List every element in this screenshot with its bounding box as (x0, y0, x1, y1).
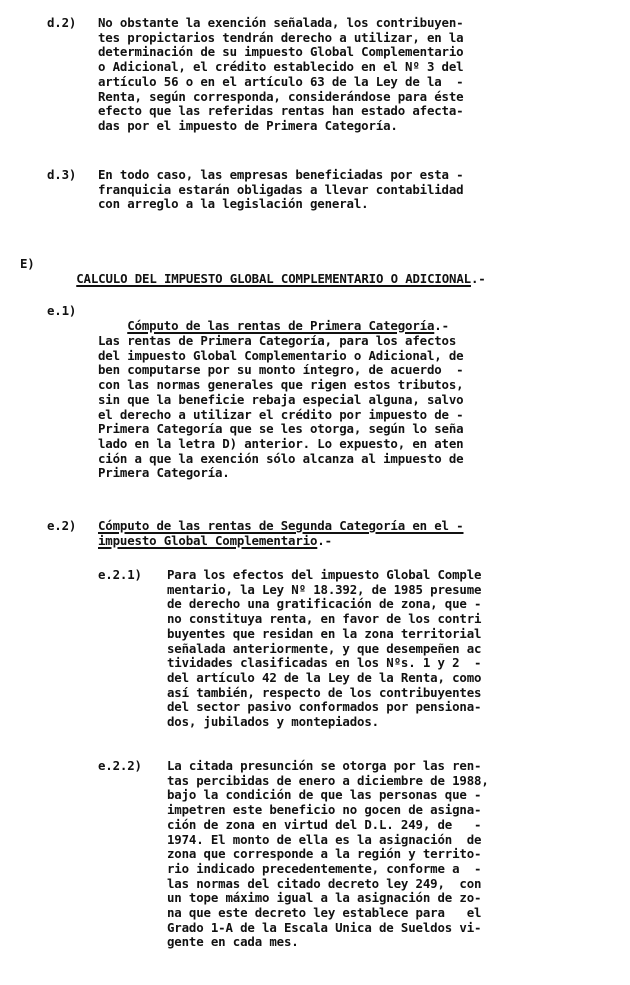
section-e22-body: La citada presunción se otorga por las r… (167, 759, 489, 950)
section-e2-title-line: Cómputo de las rentas de Segunda Categor… (98, 518, 464, 533)
section-e1-label: e.1) (47, 304, 76, 319)
section-E-title-suffix: .- (471, 271, 486, 286)
section-d2-label: d.2) (47, 16, 76, 31)
section-d2-body: No obstante la exención señalada, los co… (98, 16, 464, 134)
section-e21-body: Para los efectos del impuesto Global Com… (167, 568, 481, 730)
text-line: las normas del citado decreto ley 249, c… (167, 877, 489, 892)
text-line: gente en cada mes. (167, 935, 489, 950)
text-line: bajo la condición de que las personas qu… (167, 788, 489, 803)
section-e1-title: Cómputo de las rentas de Primera Categor… (127, 318, 434, 333)
text-line: impetren este beneficio no gocen de asig… (167, 803, 489, 818)
section-E-title-row: CALCULO DEL IMPUESTO GLOBAL COMPLEMENTAR… (47, 257, 486, 301)
text-line: buyentes que residan en la zona territor… (167, 627, 481, 642)
text-line: La citada presunción se otorga por las r… (167, 759, 489, 774)
text-line: ben computarse por su monto íntegro, de … (98, 363, 464, 378)
text-line: franquicia estarán obligadas a llevar co… (98, 183, 464, 198)
text-line: 1974. El monto de ella es la asignación … (167, 833, 489, 848)
text-line: del sector pasivo conformados por pensio… (167, 700, 481, 715)
section-e2-label: e.2) (47, 519, 76, 534)
section-e22-label: e.2.2) (98, 759, 142, 774)
text-line: na que este decreto ley establece para e… (167, 906, 489, 921)
section-e1-body: Las rentas de Primera Categoría, para lo… (98, 334, 464, 481)
text-line: Primera Categoría que se les otorga, seg… (98, 422, 464, 437)
text-line: das por el impuesto de Primera Categoría… (98, 119, 464, 134)
text-line: No obstante la exención señalada, los co… (98, 16, 464, 31)
text-line: Renta, según corresponda, considerándose… (98, 90, 464, 105)
text-line: dos, jubilados y montepiados. (167, 715, 481, 730)
text-line: rio indicado precedentemente, conforme a… (167, 862, 489, 877)
text-line: ción a que la exención sólo alcanza al i… (98, 452, 464, 467)
section-e2-title-suffix: .- (317, 533, 332, 548)
text-line: el derecho a utilizar el crédito por imp… (98, 408, 464, 423)
text-line: con las normas generales que rigen estos… (98, 378, 464, 393)
text-line: un tope máximo igual a la asignación de … (167, 891, 489, 906)
text-line: o Adicional, el crédito establecido en e… (98, 60, 464, 75)
text-line: tividades clasificadas en los Nºs. 1 y 2… (167, 656, 481, 671)
text-line: así también, respecto de los contribuyen… (167, 686, 481, 701)
section-e21-label: e.2.1) (98, 568, 142, 583)
text-line: del impuesto Global Complementario o Adi… (98, 349, 464, 364)
text-line: del artículo 42 de la Ley de la Renta, c… (167, 671, 481, 686)
text-line: ción de zona en virtud del D.L. 249, de … (167, 818, 489, 833)
section-d3-body: En todo caso, las empresas beneficiadas … (98, 168, 464, 212)
text-line: señalada anteriormente, y que desempeñen… (167, 642, 481, 657)
text-line: Para los efectos del impuesto Global Com… (167, 568, 481, 583)
text-line: Grado 1-A de la Escala Unica de Sueldos … (167, 921, 489, 936)
text-line: artículo 56 o en el artículo 63 de la Le… (98, 75, 464, 90)
text-line: Primera Categoría. (98, 466, 464, 481)
text-line: En todo caso, las empresas beneficiadas … (98, 168, 464, 183)
text-line: sin que la beneficie rebaja especial alg… (98, 393, 464, 408)
section-E-title: CALCULO DEL IMPUESTO GLOBAL COMPLEMENTAR… (76, 271, 471, 286)
text-line: efecto que las referidas rentas han esta… (98, 104, 464, 119)
text-line: mentario, la Ley Nº 18.392, de 1985 pres… (167, 583, 481, 598)
text-line: con arreglo a la legislación general. (98, 197, 464, 212)
text-line: Las rentas de Primera Categoría, para lo… (98, 334, 464, 349)
section-e2-title: Cómputo de las rentas de Segunda Categor… (98, 519, 464, 548)
section-e2-title-line: impuesto Global Complementario (98, 533, 317, 548)
text-line: tas percibidas de enero a diciembre de 1… (167, 774, 489, 789)
section-e1-title-suffix: .- (434, 318, 449, 333)
section-E-label: E) (20, 257, 35, 272)
text-line: no constituya renta, en favor de los con… (167, 612, 481, 627)
text-line: de derecho una gratificación de zona, qu… (167, 597, 481, 612)
text-line: tes propictarios tendrán derecho a utili… (98, 31, 464, 46)
text-line: zona que corresponde a la región y terri… (167, 847, 489, 862)
text-line: determinación de su impuesto Global Comp… (98, 45, 464, 60)
section-d3-label: d.3) (47, 168, 76, 183)
text-line: lado en la letra D) anterior. Lo expuest… (98, 437, 464, 452)
